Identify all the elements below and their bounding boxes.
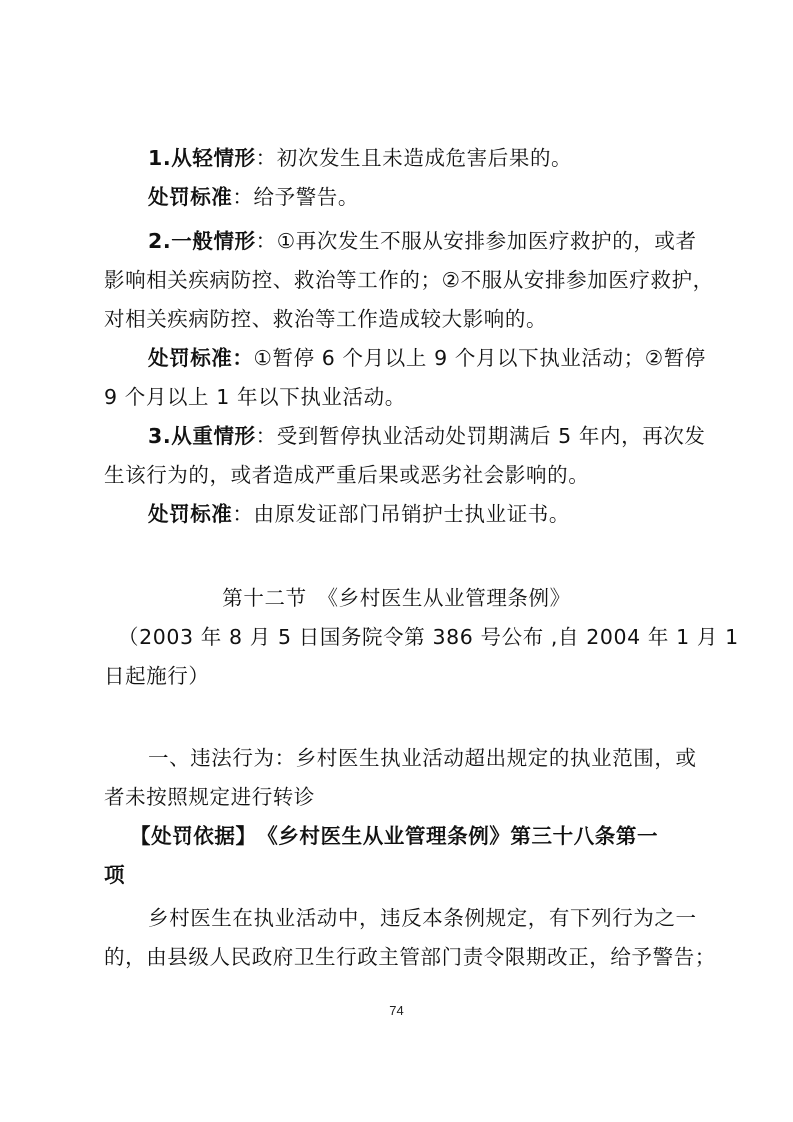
body-text: 一、违法行为：乡村医生执业活动超出规定的执业范围，或 [148,746,697,770]
body-line: 影响相关疾病防控、救治等工作的；②不服从安排参加医疗救护， [104,267,694,293]
body-text: 的，由县级人民政府卫生行政主管部门责令限期改正，给予警告； [104,945,716,969]
penalty-standard-2: 处罚标准：①暂停 6 个月以上 9 个月以下执业活动；②暂停 [148,345,738,371]
body-text: ：①再次发生不服从安排参加医疗救护的，或者 [256,229,697,253]
body-text: 对相关疾病防控、救治等工作造成较大影响的。 [104,307,547,331]
body-line: 的，由县级人民政府卫生行政主管部门责令限期改正，给予警告； [104,944,694,970]
body-line: 日起施行） [104,663,694,689]
body-text: ①暂停 6 个月以上 9 个月以下执业活动；②暂停 [254,346,706,370]
violation-heading: 一、违法行为：乡村医生执业活动超出规定的执业范围，或 [148,745,738,771]
body-text: 者未按照规定进行转诊 [104,785,315,809]
body-text: 生该行为的，或者造成严重后果或恶劣社会影响的。 [104,463,589,487]
body-line: 项 [104,862,694,888]
heading-bold: 处罚标准 [148,185,232,209]
body-text: ：受到暂停执业活动处罚期满后 5 年内，再次发 [256,424,706,448]
article-text: 乡村医生在执业活动中，违反本条例规定，有下列行为之一 [148,905,738,931]
heading-bold: 【处罚依据】 《乡村医生从业管理条例》第三十八条第一 [130,824,658,848]
clause-light-circumstance: 1.从轻情形：初次发生且未造成危害后果的。 [148,145,738,171]
body-line: 9 个月以上 1 年以下执业活动。 [104,384,694,410]
clause-general-circumstance: 2.一般情形：①再次发生不服从安排参加医疗救护的，或者 [148,228,738,254]
penalty-standard-1: 处罚标准：给予警告。 [148,184,738,210]
section-title: 第十二节 《乡村医生从业管理条例》 [0,585,793,611]
heading-bold: 处罚标准： [148,346,254,370]
penalty-standard-3: 处罚标准：由原发证部门吊销护士执业证书。 [148,501,738,527]
body-line: 生该行为的，或者造成严重后果或恶劣社会影响的。 [104,462,694,488]
body-text: ：初次发生且未造成危害后果的。 [256,146,573,170]
body-text: ：给予警告。 [232,185,359,209]
body-text: 日起施行） [104,664,210,688]
body-text: ：由原发证部门吊销护士执业证书。 [232,502,570,526]
penalty-basis: 【处罚依据】 《乡村医生从业管理条例》第三十八条第一 [130,823,720,849]
heading-bold: 项 [104,863,125,887]
body-text: 影响相关疾病防控、救治等工作的；②不服从安排参加医疗救护， [104,268,714,292]
page-number: 74 [0,1003,793,1018]
heading-bold: 2.一般情形 [148,229,256,253]
body-text: 9 个月以上 1 年以下执业活动。 [104,385,406,409]
document-page: 1.从轻情形：初次发生且未造成危害后果的。 处罚标准：给予警告。 2.一般情形：… [0,0,793,1122]
regulation-note: （2003 年 8 月 5 日国务院令第 386 号公布 ,自 2004 年 1… [118,624,708,650]
body-text: 乡村医生在执业活动中，违反本条例规定，有下列行为之一 [148,906,697,930]
heading-bold: 3.从重情形 [148,424,256,448]
heading-bold: 1.从轻情形 [148,146,256,170]
body-text: （2003 年 8 月 5 日国务院令第 386 号公布 ,自 2004 年 1… [118,625,739,649]
body-line: 对相关疾病防控、救治等工作造成较大影响的。 [104,306,694,332]
heading-bold: 处罚标准 [148,502,232,526]
body-line: 者未按照规定进行转诊 [104,784,694,810]
clause-heavy-circumstance: 3.从重情形：受到暂停执业活动处罚期满后 5 年内，再次发 [148,423,738,449]
section-title-text: 第十二节 《乡村医生从业管理条例》 [222,586,570,610]
